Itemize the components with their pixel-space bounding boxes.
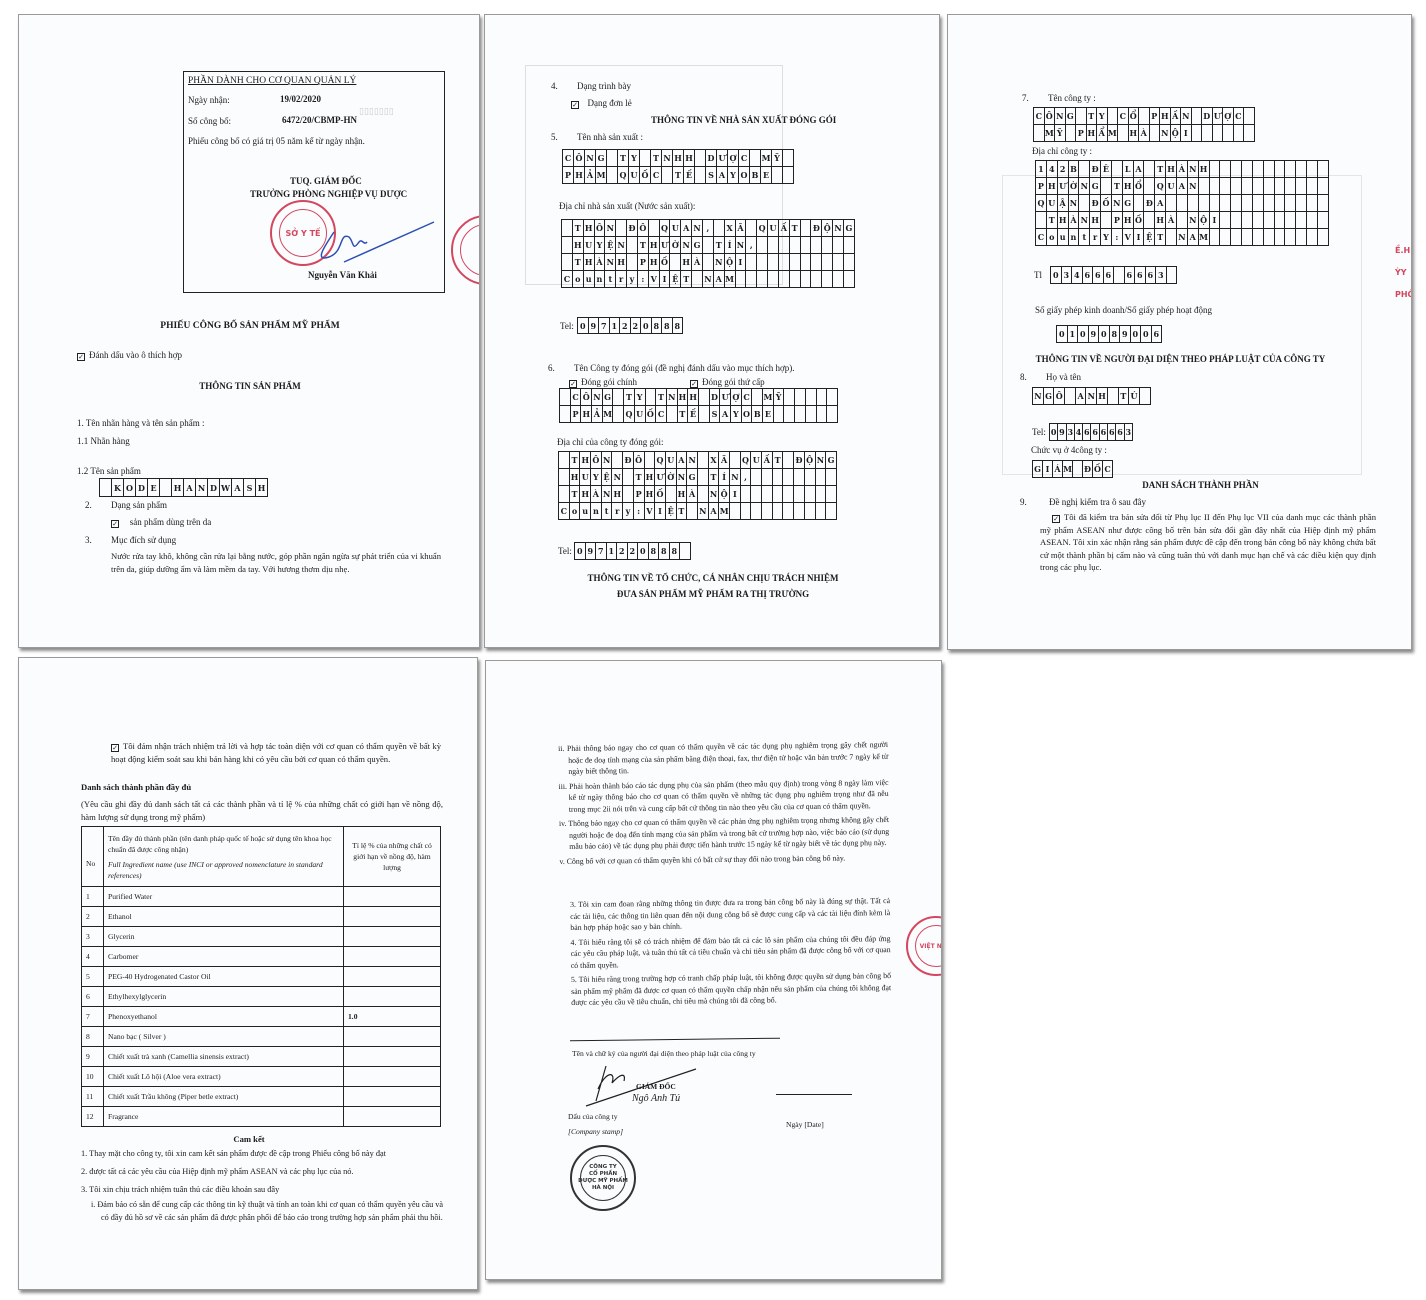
grid-cell: N [602,486,613,503]
received-value: 19/02/2020 [280,94,321,104]
grid-cell [1275,212,1286,229]
grid-cell [1231,229,1242,246]
grid-cell [1150,125,1161,142]
grid-cell: H [1058,212,1069,229]
grid-cell: P [634,486,645,503]
grid-cell [844,271,855,288]
grid-cell: Ô [581,389,592,406]
grid-cell: A [720,406,731,423]
item2-label: Dạng sản phẩm [111,499,167,511]
admin-box-title: PHẦN DÀNH CHO CƠ QUAN QUẢN LÝ [188,75,356,87]
grid-cell: C [562,271,573,288]
cell-name: Nano bạc ( Silver ) [104,1027,344,1047]
cell-pct [344,947,441,967]
grid-cell: N [1086,388,1097,405]
grid-cell [774,406,785,423]
grid-cell: N [698,503,709,520]
cell-name: PEG-40 Hydrogenated Castor Oil [104,967,344,987]
grid-cell [646,389,657,406]
grid-cell: N [196,479,208,497]
grid-cell: M [1199,229,1210,246]
grid-cell [1223,125,1234,142]
grid-cell: Ả [592,406,603,423]
ingredients-section-title: DANH SÁCH THÀNH PHẦN [1078,480,1323,490]
grid-cell: Y [731,406,742,423]
grid-cell: Y [629,150,640,167]
commitment-3i: i. Đảm bảo có sẵn để cung cấp các thông … [91,1199,443,1224]
grid-cell [822,271,833,288]
grid-cell: 0 [1078,326,1089,343]
grid-cell: A [232,479,244,497]
grid-cell: À [1177,161,1188,178]
cell-name: Phenoxyethanol [104,1007,344,1027]
table-row: 4Carbomer [82,947,441,967]
grid-cell: Ờ [670,237,681,254]
grid-cell: r [1090,229,1101,246]
grid-cell: T [1155,161,1166,178]
grid-cell: A [1155,195,1166,212]
grid-cell: G [1066,108,1077,125]
grid-cell [698,486,709,503]
grid-cell [1253,161,1264,178]
cell-no: 5 [82,967,104,987]
grid-cell: T [673,167,684,184]
grid-cell [666,486,677,503]
grid-cell [1285,161,1296,178]
grid-cell [790,254,801,271]
grid-cell [1231,212,1242,229]
grid-cell [1079,195,1090,212]
company-stamp-label: Dấu của công ty [568,1111,618,1123]
grid-cell: A [681,220,692,237]
grid-cell: 7 [596,543,607,560]
grid-cell: Ô [1045,108,1056,125]
grid-cell [1318,229,1329,246]
grid-cell: , [703,220,714,237]
grid-cell [816,503,827,520]
grid-cell: 0 [1050,424,1058,441]
grid-cell: N [662,150,673,167]
grid-cell: N [1079,212,1090,229]
grid-cell: H [1129,125,1140,142]
grid-cell [762,469,773,486]
checkbox-icon: ✓ [569,380,577,388]
grid-cell: Đ [1144,195,1155,212]
grid-cell: M [761,150,772,167]
commitment-title: Cam kết [19,1134,478,1144]
grid-cell: C [1034,108,1045,125]
cell-no: 11 [82,1087,104,1107]
grid-cell: Ấ [779,220,790,237]
rep-tel-label: Tel: [1032,426,1046,438]
grid-cell: Ộ [1171,125,1182,142]
grid-cell: N [1177,229,1188,246]
grid-cell [680,543,691,560]
clause-paragraph: ii. Phải thông báo ngay cho cơ quan có t… [558,739,888,778]
grid-cell [1285,178,1296,195]
grid-cell: N [605,254,616,271]
grid-cell: Ệ [670,271,681,288]
grid-cell: Ợ [728,150,739,167]
grid-cell [1242,178,1253,195]
cell-pct [344,907,441,927]
grid-cell: T [1087,108,1098,125]
grid-cell [1220,161,1231,178]
grid-cell: B [752,406,763,423]
grid-cell: P [571,406,582,423]
grid-cell [559,486,570,503]
company-address-label: Địa chỉ công ty : [1032,145,1092,157]
grid-cell: Q [1036,195,1047,212]
grid-cell: M [1063,461,1073,478]
grid-cell: Ỹ [774,389,785,406]
grid-cell [1076,108,1087,125]
grid-cell [736,271,747,288]
grid-cell [714,220,725,237]
grid-cell: Ế [684,167,695,184]
item3-text: Nước rửa tay khô, không cần rửa lại bằng… [111,550,441,575]
item7-label: Tên công ty : [1048,92,1096,104]
grid-cell [1285,195,1296,212]
grid-cell: À [591,486,602,503]
table-row: 7Phenoxyethanol1.0 [82,1007,441,1027]
cell-no: 1 [82,887,104,907]
grid-cell: 0 [1141,326,1152,343]
grid-cell: N [833,220,844,237]
grid-cell: N [667,389,678,406]
grid-cell [746,271,757,288]
grid-cell [695,167,706,184]
grid-cell: W [220,479,232,497]
grid-cell [1101,212,1112,229]
grid-cell: S [710,406,721,423]
item5-num: 5. [551,131,558,143]
grid-cell: H [1097,388,1108,405]
grid-cell: Ã [719,452,730,469]
grid-cell: o [570,503,581,520]
grid-cell [607,150,618,167]
grid-cell: B [750,167,761,184]
grid-cell [1202,125,1213,142]
grid-cell [757,271,768,288]
grid-cell: C [1118,108,1129,125]
grid-cell: T [773,452,784,469]
grid-cell [817,406,828,423]
grid-cell [1114,267,1125,284]
grid-cell: H [1047,178,1058,195]
grid-cell [667,406,678,423]
grid-cell: Ờ [1069,178,1080,195]
grid-cell: H [573,237,584,254]
grid-cell [779,254,790,271]
grid-cell [794,469,805,486]
grid-cell [160,479,172,497]
grid-cell: N [681,237,692,254]
grid-cell: X [725,220,736,237]
grid-cell [784,389,795,406]
grid-cell: 0 [1099,326,1110,343]
grid-cell: U [670,220,681,237]
manufacturer-tel-grid: 0971220888 [577,317,683,334]
grid-cell: 8 [670,543,681,560]
grid-cell [1285,212,1296,229]
clauses-block: ii. Phải thông báo ngay cho cơ quan có t… [558,739,890,870]
grid-cell: 0 [1057,326,1068,343]
grid-cell: Ỹ [1055,125,1066,142]
grid-cell: C [571,389,582,406]
grid-cell [768,254,779,271]
item4-num: 4. [551,80,558,92]
signer-title: GIÁM ĐỐC [636,1082,676,1091]
grid-cell: P [1112,212,1123,229]
grid-cell: t [602,503,613,520]
grid-cell: I [730,486,741,503]
cell-pct: 1.0 [344,1007,441,1027]
grid-cell: Ầ [1171,108,1182,125]
clause-paragraph: 3. Tôi xin cam đoan rằng những thông tin… [570,895,890,933]
full-list-title: Danh sách thành phần đầy đủ [81,782,191,792]
grid-cell [1199,178,1210,195]
grid-cell: Ú [1129,388,1140,405]
company-tel-label: Tl [1034,269,1042,281]
grid-cell [773,469,784,486]
grid-cell [1065,388,1076,405]
grid-cell: P [1036,178,1047,195]
grid-cell [827,406,838,423]
grid-cell [1140,388,1151,405]
grid-cell: M [763,389,774,406]
grid-cell: , [741,469,752,486]
grid-cell: Á [1053,461,1063,478]
grid-cell [1242,195,1253,212]
grid-cell: 6 [1093,267,1104,284]
grid-cell: 7 [599,318,610,334]
grid-cell [649,220,660,237]
grid-cell: Ô [595,220,606,237]
grid-cell [1231,178,1242,195]
grid-cell: H [688,389,699,406]
grid-cell: U [629,167,640,184]
grid-cell [801,237,812,254]
grid-cell: 8 [652,318,663,334]
grid-cell [795,389,806,406]
grid-cell: G [603,389,614,406]
grid-cell [1177,195,1188,212]
grid-cell [844,237,855,254]
manufacturer-address-grid: THÔNĐÔQUAN,XÃQUẤTĐỘNGHUYỆNTHƯỜNGTÍN,THÀN… [561,219,855,288]
cell-no: 9 [82,1047,104,1067]
grid-cell [1101,178,1112,195]
grid-cell [1210,229,1221,246]
grid-cell: Ậ [1058,195,1069,212]
grid-cell [779,237,790,254]
grid-cell [1144,161,1155,178]
grid-cell: Ộ [719,486,730,503]
item6-label: Tên Công ty đóng gói (đề nghị đánh dấu v… [574,362,794,374]
grid-cell: Đ [627,220,638,237]
grid-cell [805,503,816,520]
grid-cell [613,389,624,406]
date-label: Ngày [Date] [786,1119,824,1131]
grid-cell [752,389,763,406]
grid-cell: H [681,254,692,271]
packer-tel-label: Tel: [558,545,572,557]
grid-cell: N [1188,178,1199,195]
grid-cell: I [736,254,747,271]
grid-cell: H [1160,108,1171,125]
grid-cell: Q [655,452,666,469]
grid-cell [801,254,812,271]
cell-pct [344,987,441,1007]
grid-cell: T [709,469,720,486]
grid-cell [1234,125,1245,142]
grid-cell: 1 [607,543,618,560]
grid-cell: N [616,237,627,254]
grid-cell: A [714,271,725,288]
grid-cell [1220,212,1231,229]
grid-cell: : [1112,229,1123,246]
grid-cell: G [1033,461,1043,478]
grid-cell: Ô [591,452,602,469]
side-stamp: S [451,215,480,285]
grid-cell: S [244,479,256,497]
grid-cell: 3 [1062,267,1073,284]
signer-name: Nguyễn Văn Khải [308,270,377,280]
grid-cell [1213,125,1224,142]
grid-cell: 9 [1120,326,1131,343]
rep-tel-grid: 0934666663 [1049,423,1133,441]
grid-cell [757,254,768,271]
grid-cell: Ệ [605,237,616,254]
signature-icon [304,212,444,272]
grid-cell: H [649,254,660,271]
grid-cell: Ư [717,150,728,167]
item6-num: 6. [548,362,555,374]
grid-cell: 0 [578,318,589,334]
grid-cell [741,486,752,503]
table-row: 12Fragrance [82,1107,441,1127]
cell-no: 6 [82,987,104,1007]
grid-cell: H [645,486,656,503]
grid-cell [1318,178,1329,195]
grid-cell [779,271,790,288]
grid-cell: Ệ [602,469,613,486]
grid-cell [1296,195,1307,212]
grid-cell: Y [595,237,606,254]
grid-cell [833,237,844,254]
grid-cell: I [655,503,666,520]
grid-cell: O [742,406,753,423]
grid-cell: U [751,452,762,469]
grid-cell: H [581,406,592,423]
grid-cell: Ê [1101,161,1112,178]
grid-cell: I [1181,125,1192,142]
page-2: 4. Dạng trình bày ✓ Dạng đơn lẻ THÔNG TI… [484,14,940,648]
item3-label: Mục đích sử dụng [111,534,176,546]
grid-cell: G [687,469,698,486]
grid-cell [1242,161,1253,178]
col-no-header: No [82,827,104,887]
number-label: Số công bố: [188,115,231,127]
grid-cell: A [184,479,196,497]
grid-cell: N [602,452,613,469]
grid-cell [751,469,762,486]
grid-cell: Đ [623,452,634,469]
grid-cell: I [1043,461,1053,478]
packer-address-label: Địa chỉ của công ty đóng gói: [557,436,663,448]
signature-divider [570,1038,780,1042]
grid-cell: M [603,406,614,423]
item1-label: 1. Tên nhãn hàng và tên sản phẩm : [77,417,205,429]
grid-cell: t [605,271,616,288]
grid-cell [783,167,794,184]
grid-cell: Ộ [822,220,833,237]
grid-cell: C [1234,108,1245,125]
page-1: ▯▯▯▯▯▯▯ PHẦN DÀNH CHO CƠ QUAN QUẢN LÝ Ng… [18,14,480,648]
grid-cell: 3 [1156,267,1167,284]
grid-cell: 9 [586,543,597,560]
grid-cell: N [703,271,714,288]
cell-no: 2 [82,907,104,927]
grid-cell [703,254,714,271]
item8-num: 8. [1020,371,1027,383]
grid-cell: 9 [1058,424,1066,441]
grid-cell [1275,195,1286,212]
grid-cell [1244,108,1255,125]
grid-cell [1210,178,1221,195]
grid-cell [1307,178,1318,195]
grid-cell: y [623,503,634,520]
cell-name: Ethanol [104,907,344,927]
grid-cell: Ư [720,389,731,406]
grid-cell [1307,212,1318,229]
grid-cell: O [739,167,750,184]
product-section-title: THÔNG TIN SẢN PHẨM [19,381,480,391]
packer-address-grid: THÔNĐÔQUANXÃQUẤTĐỘNGHUYỆNTHƯỜNGTÍN,THÀNH… [558,451,837,520]
grid-cell: Í [725,237,736,254]
grid-cell: T [634,469,645,486]
grid-cell: 2 [620,318,631,334]
grid-cell: 0 [575,543,586,560]
grid-cell: 9 [1089,326,1100,343]
grid-cell [1275,178,1286,195]
grid-cell [783,452,794,469]
grid-cell: 2 [628,543,639,560]
grid-cell: I [1134,229,1145,246]
table-header-row: No Tên đầy đủ thành phần (tên danh pháp … [82,827,441,887]
grid-cell [1296,212,1307,229]
grid-cell: Q [741,452,752,469]
grid-cell: Ô [634,452,645,469]
grid-cell: 4 [1075,424,1083,441]
grid-cell [1242,212,1253,229]
grid-cell: À [692,254,703,271]
grid-cell: 0 [641,318,652,334]
item5-label: Tên nhà sản xuất : [577,131,643,143]
commitment-3: 3. Tôi xin chịu trách nhiệm tuân thủ các… [81,1184,279,1196]
grid-cell: 6 [1125,267,1136,284]
grid-cell [790,237,801,254]
grid-cell [662,167,673,184]
grid-cell: Ẩ [1097,125,1108,142]
grid-cell [811,254,822,271]
grid-cell: n [1069,229,1080,246]
grid-cell [816,486,827,503]
grid-cell: G [692,237,703,254]
grid-cell: o [573,271,584,288]
grid-cell: Y [1101,229,1112,246]
grid-cell [1210,195,1221,212]
